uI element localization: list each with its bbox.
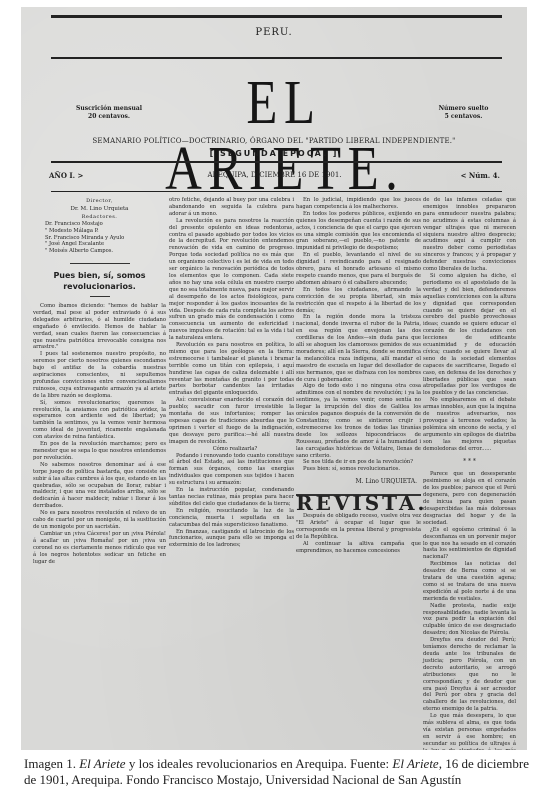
paragraph: Dreyfus era deudor del Perú; teníamos de… [423,637,516,713]
paragraph: Revolución es para nosotros en política,… [169,342,294,397]
paragraph: Al continuar la altiva campaña que empre… [296,541,421,555]
paragraph: Algo de todo esto i no ninguna otra cosa… [296,383,421,459]
staff-box: Director, Dr. M. Lino Urquieta Redactore… [33,197,166,255]
paragraph: No es para nosotros revolución el relevo… [33,510,166,531]
paragraph: En pos de la revolución marchamos; pero … [33,441,166,462]
figure-caption: Imagen 1. El Ariete y los ideales revolu… [24,756,539,788]
paragraph: Nadie protesta, nadie exije responsabili… [423,603,516,638]
paragraph: Después de obligado receso, vuelve otra … [296,513,421,541]
paragraph: Pues bien: sí, somos revolucionarios. [296,466,421,473]
paragraph: ¿Es el egoísmo criminal ó la desconfianz… [423,527,516,562]
subscription-line: Suscrición mensual [59,105,159,113]
column-4: de de las infames celadas que enemigos i… [423,197,516,750]
date-label: AREQUIPA, DICIEMBRE 16 DE 1901. [49,171,500,179]
paragraph: En finanzas, castigando el latrocinio de… [169,529,294,550]
paragraph: Parece que un desesperante pesimismo se … [423,471,516,526]
paragraph: En la instrucción popular, condenando ta… [169,487,294,508]
subscription-line: 20 centavos. [59,113,159,121]
paragraph: En la región donde mora la tristeza naci… [296,314,421,383]
issue-number: < Núm. 4. [461,171,500,180]
dateline: AÑO I. > AREQUIPA, DICIEMBRE 16 DE 1901.… [49,171,500,183]
epoch-label: [ SEGUNDA EPOCA. ] [21,149,527,158]
paragraph: En religión, resucitando la luz de la co… [169,508,294,529]
director-name: Dr. M. Lino Urquieta [33,205,166,213]
tagline: SEMANARIO POLÍTICO—DOCTRINARIO, ÓRGANO D… [21,137,527,145]
revista-heading: REVISTA. [296,500,421,507]
paragraph: La revolución es para nosotros la reacci… [169,218,294,342]
paragraph: En lo judicial, impidiendo que los juece… [296,197,421,211]
caption-italic-title: El Ariete [79,756,125,771]
single-issue-line: 5 centavos. [421,113,506,121]
editor-item: Dr. Francisco Mostajo [45,221,166,228]
headline-bar [90,296,110,297]
paragraph: Podando i renovando todo cuanto constitu… [169,453,294,488]
newspaper-scan: PERU. Suscrición mensual 20 centavos. EL… [21,7,527,750]
editor-item: " Modesto Málaga P. [45,228,166,235]
single-issue-line: Número suelto [421,105,506,113]
dateline-top-rule [51,161,502,163]
paragraph: Como íbamos diciendo: "hemos de hablar l… [33,303,166,351]
subscription-price: Suscrición mensual 20 centavos. [59,105,159,121]
paragraph: No sabemos nosotros denominar así á ese … [33,462,166,510]
editors-list: Dr. Francisco Mostajo " Modesto Málaga P… [33,221,166,255]
paragraph: Cómo realizarla? [169,446,294,453]
caption-prefix: Imagen 1. [24,756,79,771]
column-1: Director, Dr. M. Lino Urquieta Redactore… [33,197,166,565]
editors-label: Redactores. [33,213,166,221]
paragraph: Así: convulsionar enardecido el corazón … [169,397,294,445]
paragraph: Cambiar un ¡viva Cáceres! por un ¡viva P… [33,531,166,566]
paragraph: I pues tal sostenemos nuestro propósito,… [33,351,166,399]
paragraph: de de las infames celadas que enemigos i… [423,197,516,273]
header-rule [51,57,502,59]
single-issue-price: Número suelto 5 centavos. [421,105,506,121]
paragraph: Si como alguien ha dicho, el periodismo … [423,273,516,397]
paragraph: En todos los ciudadanos, afirmando la co… [296,287,421,315]
top-rule [51,15,502,18]
paragraph: En todos los poderes públicos, exijiendo… [296,211,421,252]
dateline-bottom-rule [51,191,502,192]
section-stars: * * * [423,459,516,466]
editor-item: " Moisés Alberto Campos. [45,248,166,255]
paragraph: No emplearemos en el debate armas innobl… [423,397,516,452]
paragraph: Lo que más desespera, lo que más subleva… [423,713,516,750]
paragraph: otro fetiche, dejando al buey por una cu… [169,197,294,218]
ornamental-divider [70,263,130,264]
caption-middle: y los ideales revolucionarios en Arequip… [126,756,393,771]
paragraph: En el pueblo, levantando el nivel de su … [296,252,421,287]
article-signature: M. Lino URQUIETA. [296,479,417,486]
country-label: PERU. [21,27,527,38]
paragraph: Recibimos las noticias del desastre de B… [423,561,516,602]
caption-italic-source: El Ariete [392,756,438,771]
column-2: otro fetiche, dejando al buey por una cu… [169,197,294,549]
article-headline: Pues bien, sí, somos revolucionarios. [33,270,166,292]
director-label: Director, [33,197,166,205]
paragraph: Sí, somos revolucionarios; queremos la r… [33,400,166,441]
column-3: En lo judicial, impidiendo que los juece… [296,197,421,555]
